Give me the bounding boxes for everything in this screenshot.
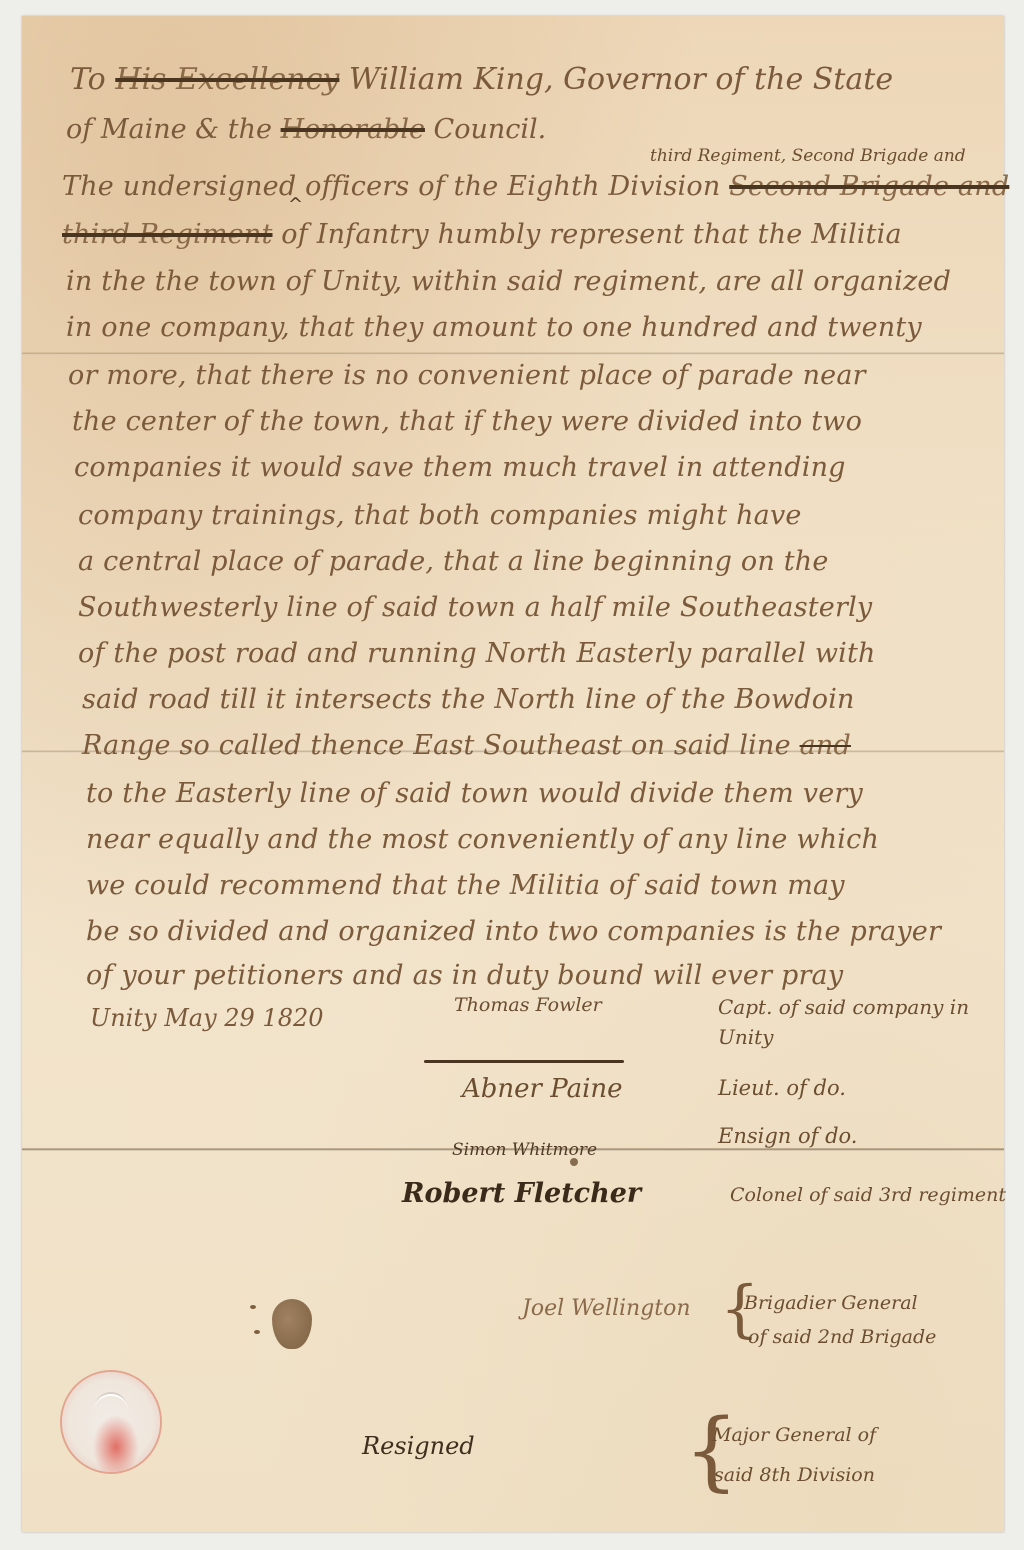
- title-brigadier-line-2: of said 2nd Brigade: [748, 1326, 936, 1348]
- title-brigadier-line-1: Brigadier General: [744, 1292, 918, 1314]
- ink-spot: [570, 1158, 578, 1166]
- body-line-5: or more, that there is no convenient pla…: [68, 360, 866, 391]
- title-ensign: Ensign of do.: [718, 1124, 857, 1148]
- struck-text: and: [800, 730, 851, 761]
- signature-joel-wellington: Joel Wellington: [522, 1296, 691, 1321]
- body-text: Range so called thence East Southeast on…: [82, 730, 791, 761]
- body-line-12: said road till it intersects the North l…: [82, 684, 855, 715]
- salutation-line-1: To His Excellency William King, Governor…: [70, 62, 893, 97]
- ink-speck: [250, 1305, 256, 1309]
- title-major-general-line-1: Major General of: [712, 1424, 876, 1446]
- document-page: To His Excellency William King, Governor…: [22, 16, 1004, 1532]
- body-line-9: a central place of parade, that a line b…: [78, 546, 829, 577]
- interlinear-insertion: third Regiment, Second Brigade and: [650, 146, 966, 166]
- body-text: The undersigned officers of the Eighth D…: [62, 171, 720, 202]
- body-line-3: in the the town of Unity, within said re…: [66, 266, 951, 297]
- ink-speck: [254, 1330, 260, 1334]
- fold-line: [22, 352, 1004, 355]
- body-line-8: company trainings, that both companies m…: [78, 500, 802, 531]
- body-line-15: near equally and the most conveniently o…: [86, 824, 879, 855]
- body-line-6: the center of the town, that if they wer…: [72, 406, 862, 437]
- title-major-general-line-2: said 8th Division: [714, 1464, 875, 1486]
- body-line-2: third Regiment of Infantry humbly repres…: [62, 219, 902, 250]
- body-line-4: in one company, that they amount to one …: [66, 312, 922, 343]
- salutation-line-2: of Maine & the Honorable Council.: [66, 114, 546, 145]
- body-line-7: companies it would save them much travel…: [74, 452, 846, 483]
- signature-flourish: [424, 1060, 624, 1063]
- salutation-prefix: of Maine & the: [66, 114, 272, 145]
- ink-blot: [272, 1299, 312, 1349]
- body-line-10: Southwesterly line of said town a half m…: [78, 592, 872, 623]
- struck-text: Second Brigade and: [729, 171, 1009, 202]
- title-captain: Capt. of said company in Unity: [718, 992, 1008, 1052]
- salutation-to: To: [70, 62, 106, 97]
- date-place: Unity May 29 1820: [90, 1004, 324, 1032]
- body-line-11: of the post road and running North Easte…: [78, 638, 876, 669]
- body-text: of Infantry humbly represent that the Mi…: [281, 219, 902, 250]
- title-colonel: Colonel of said 3rd regiment: [730, 1184, 1006, 1206]
- resigned-note: Resigned: [362, 1432, 475, 1460]
- body-line-13: Range so called thence East Southeast on…: [82, 730, 851, 761]
- council: Council.: [434, 114, 547, 145]
- struck-his-excellency: His Excellency: [115, 62, 339, 97]
- body-line-16: we could recommend that the Militia of s…: [86, 870, 845, 901]
- signature-thomas-fowler: Thomas Fowler: [454, 994, 602, 1016]
- seal-emboss-icon: [94, 1394, 128, 1426]
- signature-simon-whitmore: Simon Whitmore: [452, 1140, 597, 1160]
- addressee: William King, Governor of the State: [349, 62, 893, 97]
- wax-seal: [62, 1372, 160, 1472]
- struck-text: third Regiment: [62, 219, 273, 250]
- body-line-17: be so divided and organized into two com…: [86, 916, 941, 947]
- title-lieutenant: Lieut. of do.: [718, 1076, 846, 1100]
- signature-robert-fletcher: Robert Fletcher: [402, 1178, 641, 1209]
- struck-honorable: Honorable: [281, 114, 425, 145]
- body-line-18: of your petitioners and as in duty bound…: [86, 960, 843, 991]
- body-line-14: to the Easterly line of said town would …: [86, 778, 863, 809]
- body-line-1: The undersigned officers of the Eighth D…: [62, 171, 1009, 202]
- signature-abner-paine: Abner Paine: [462, 1074, 623, 1104]
